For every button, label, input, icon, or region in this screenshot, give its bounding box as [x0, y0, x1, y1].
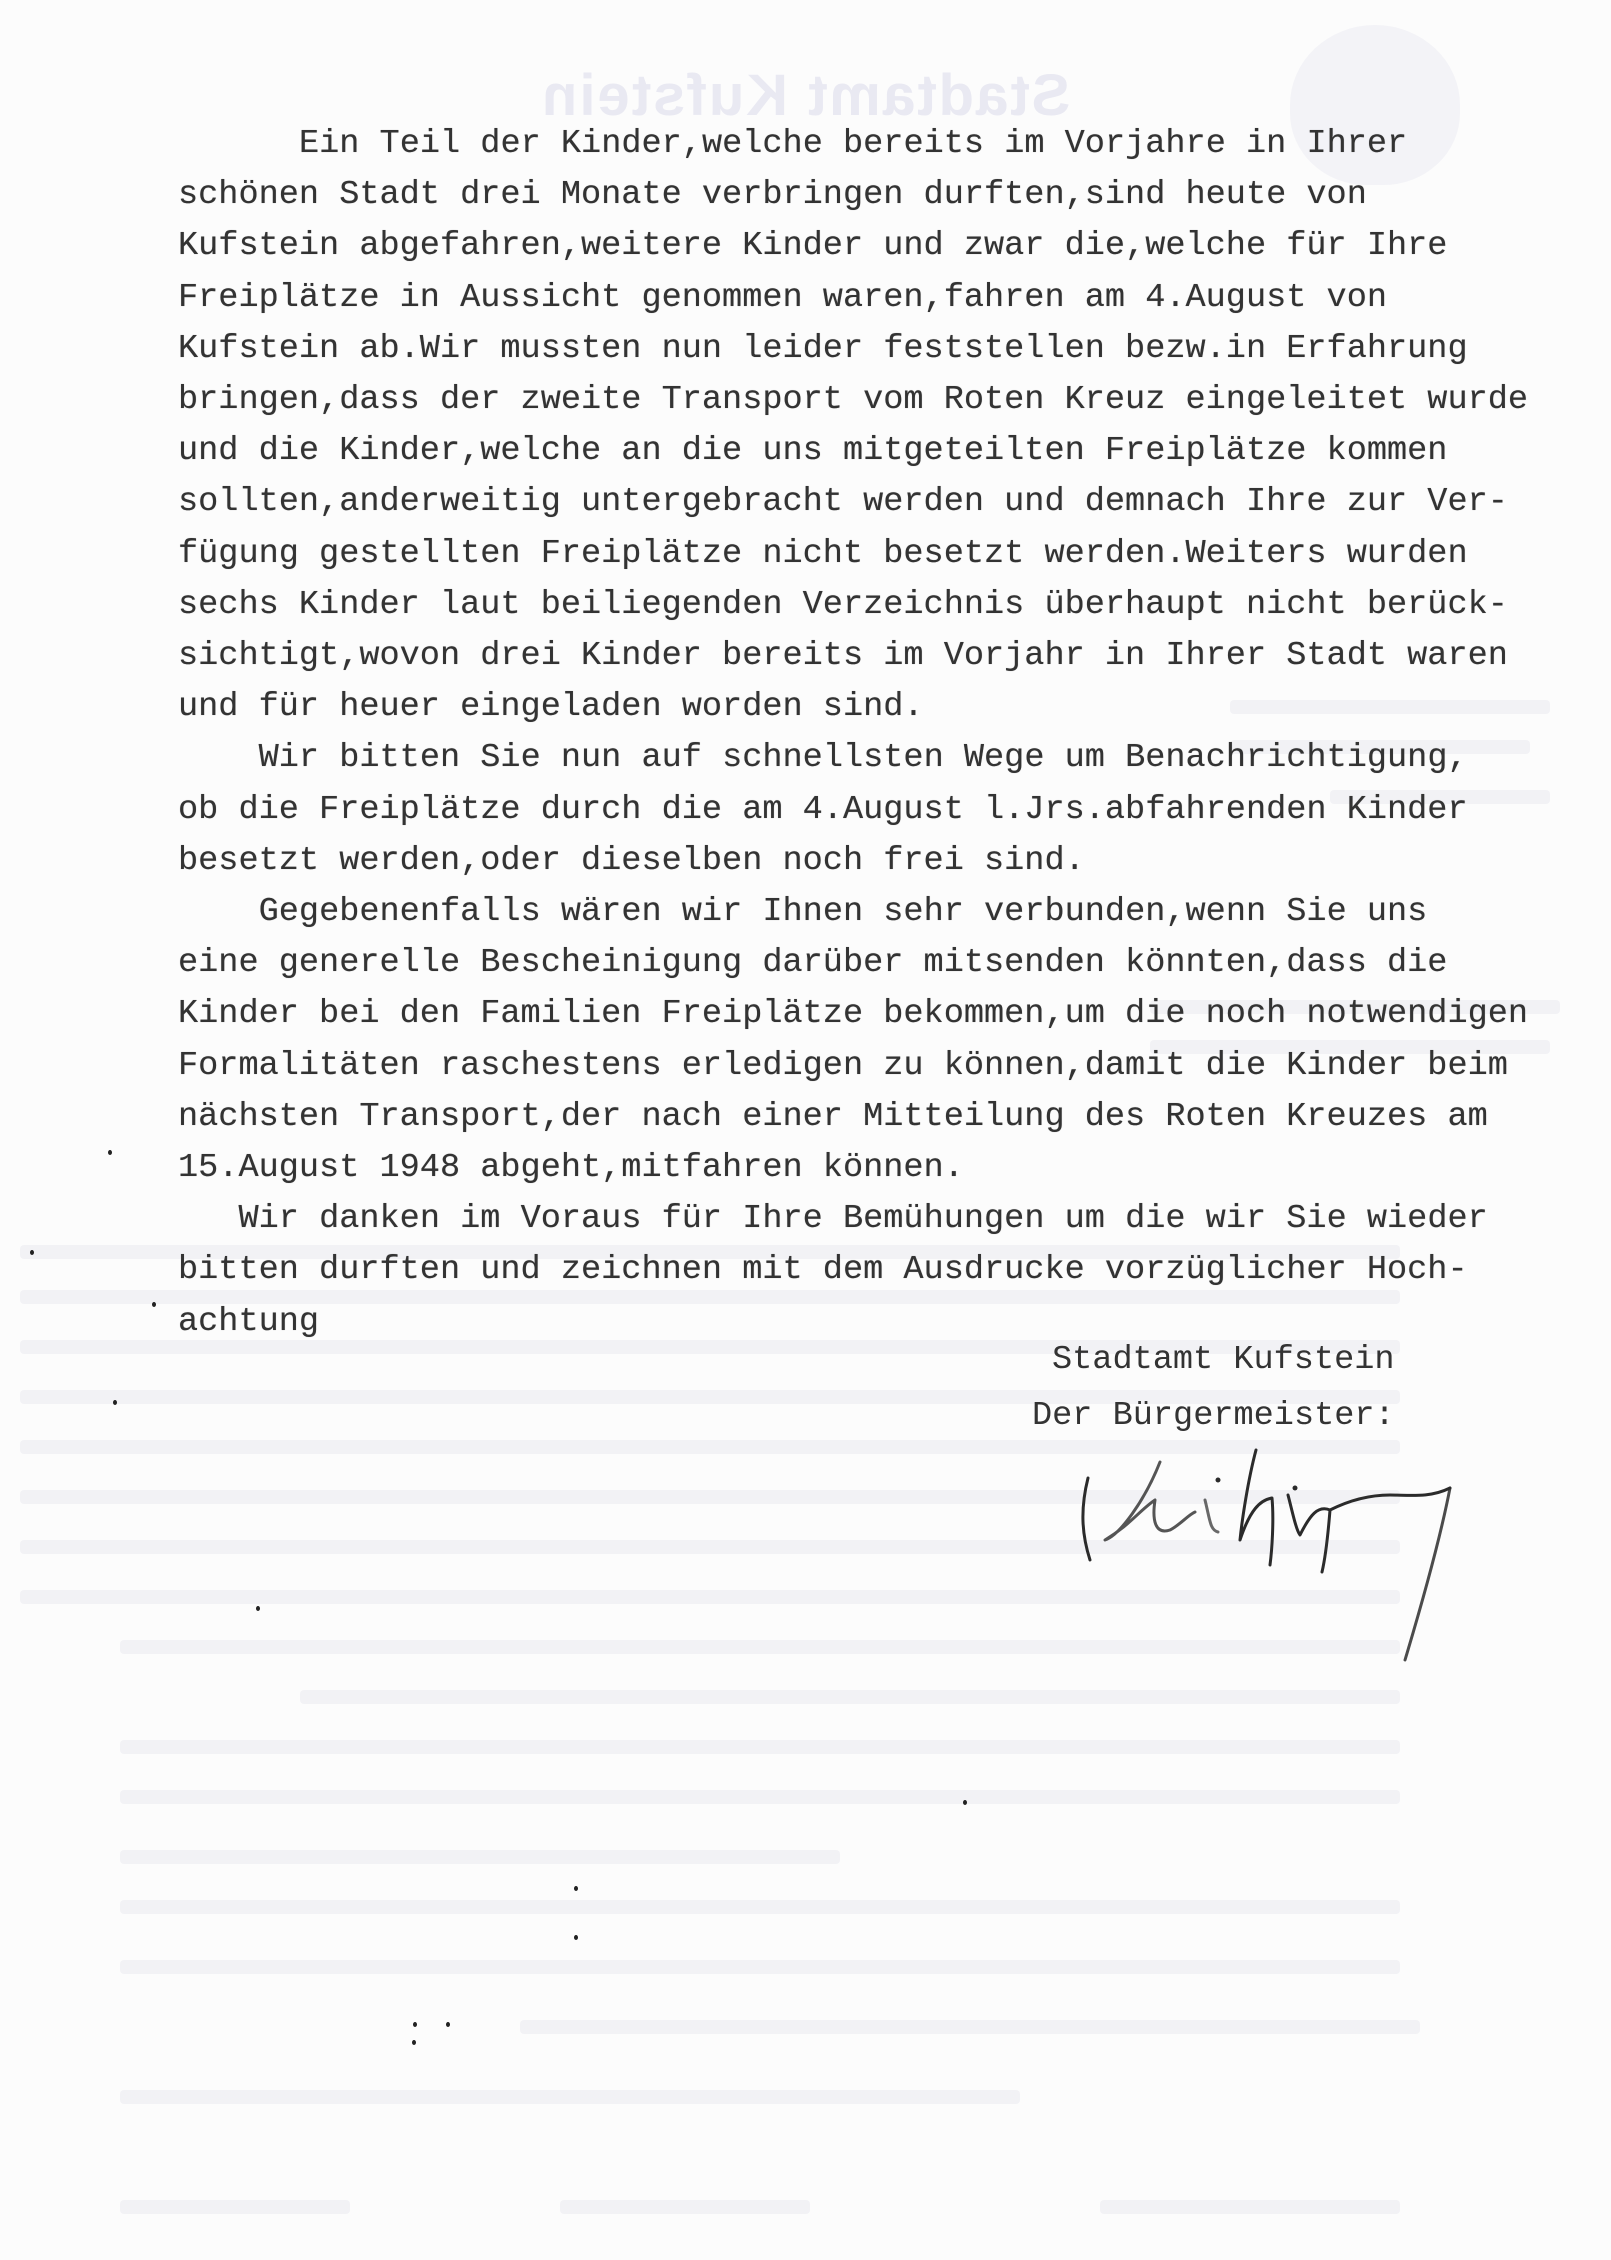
speck [446, 2022, 450, 2027]
bleedthrough-line [1230, 700, 1550, 714]
speck [963, 1800, 967, 1805]
letter-line: sichtigt,wovon drei Kinder bereits im Vo… [178, 636, 1508, 676]
letter-line: achtung [178, 1302, 319, 1342]
letter-line: nächsten Transport,der nach einer Mittei… [178, 1097, 1488, 1137]
bleedthrough-line [120, 1790, 1400, 1804]
letterhead-bleedthrough: Stadtamt Kufstein [540, 62, 1070, 129]
letter-line: und für heuer eingeladen worden sind. [178, 687, 924, 727]
letter-line: Gegebenenfalls wären wir Ihnen sehr verb… [259, 892, 1428, 932]
speck [412, 2040, 416, 2045]
speck [152, 1302, 156, 1307]
letter-line: Wir bitten Sie nun auf schnellsten Wege … [259, 738, 1468, 778]
letter-line: Freiplätze in Aussicht genommen waren,fa… [178, 278, 1387, 318]
letter-line: 15.August 1948 abgeht,mitfahren können. [178, 1148, 964, 1188]
bleedthrough-line [1100, 2200, 1400, 2214]
letter-line: schönen Stadt drei Monate verbringen dur… [178, 175, 1367, 215]
speck [30, 1250, 34, 1255]
speck [413, 2022, 417, 2027]
bleedthrough-line [120, 1960, 1400, 1974]
bleedthrough-line [300, 1690, 1400, 1704]
letter-line: sechs Kinder laut beiliegenden Verzeichn… [178, 585, 1508, 625]
bleedthrough-line [560, 2200, 810, 2214]
letter-line: bringen,dass der zweite Transport vom Ro… [178, 380, 1528, 420]
letter-line: eine generelle Bescheinigung darüber mit… [178, 943, 1447, 983]
speck [113, 1400, 117, 1405]
letter-line: Kinder bei den Familien Freiplätze bekom… [178, 994, 1528, 1034]
bleedthrough-line [120, 1900, 1400, 1914]
letter-line: ob die Freiplätze durch die am 4.August … [178, 790, 1468, 830]
bleedthrough-line [120, 2200, 350, 2214]
letter-line: Wir danken im Voraus für Ihre Bemühungen… [238, 1199, 1487, 1239]
scanned-letter-page: Stadtamt Kufstein Ein Teil der Kinder,we… [0, 0, 1611, 2260]
letter-line: Kufstein abgefahren,weitere Kinder und z… [178, 226, 1447, 266]
speck [256, 1606, 260, 1611]
letter-line: Ein Teil der Kinder,welche bereits im Vo… [299, 124, 1407, 164]
closing-title: Der Bürgermeister: [1032, 1396, 1395, 1436]
bleedthrough-line [520, 2020, 1420, 2034]
letter-line: bitten durften und zeichnen mit dem Ausd… [178, 1250, 1468, 1290]
letter-line: Formalitäten raschestens erledigen zu kö… [178, 1046, 1508, 1086]
handwritten-signature-icon [1060, 1440, 1520, 1670]
speck [574, 1935, 578, 1940]
letter-line: sollten,anderweitig untergebracht werden… [178, 482, 1508, 522]
letter-line: fügung gestellten Freiplätze nicht beset… [178, 534, 1468, 574]
speck [574, 1886, 578, 1891]
bleedthrough-line [120, 1740, 1400, 1754]
letter-line: und die Kinder,welche an die uns mitgete… [178, 431, 1447, 471]
speck [108, 1150, 112, 1155]
letter-line: besetzt werden,oder dieselben noch frei … [178, 841, 1085, 881]
closing-office: Stadtamt Kufstein [1052, 1340, 1395, 1380]
bleedthrough-line [120, 1850, 840, 1864]
bleedthrough-line [120, 2090, 1020, 2104]
letter-line: Kufstein ab.Wir mussten nun leider fests… [178, 329, 1468, 369]
